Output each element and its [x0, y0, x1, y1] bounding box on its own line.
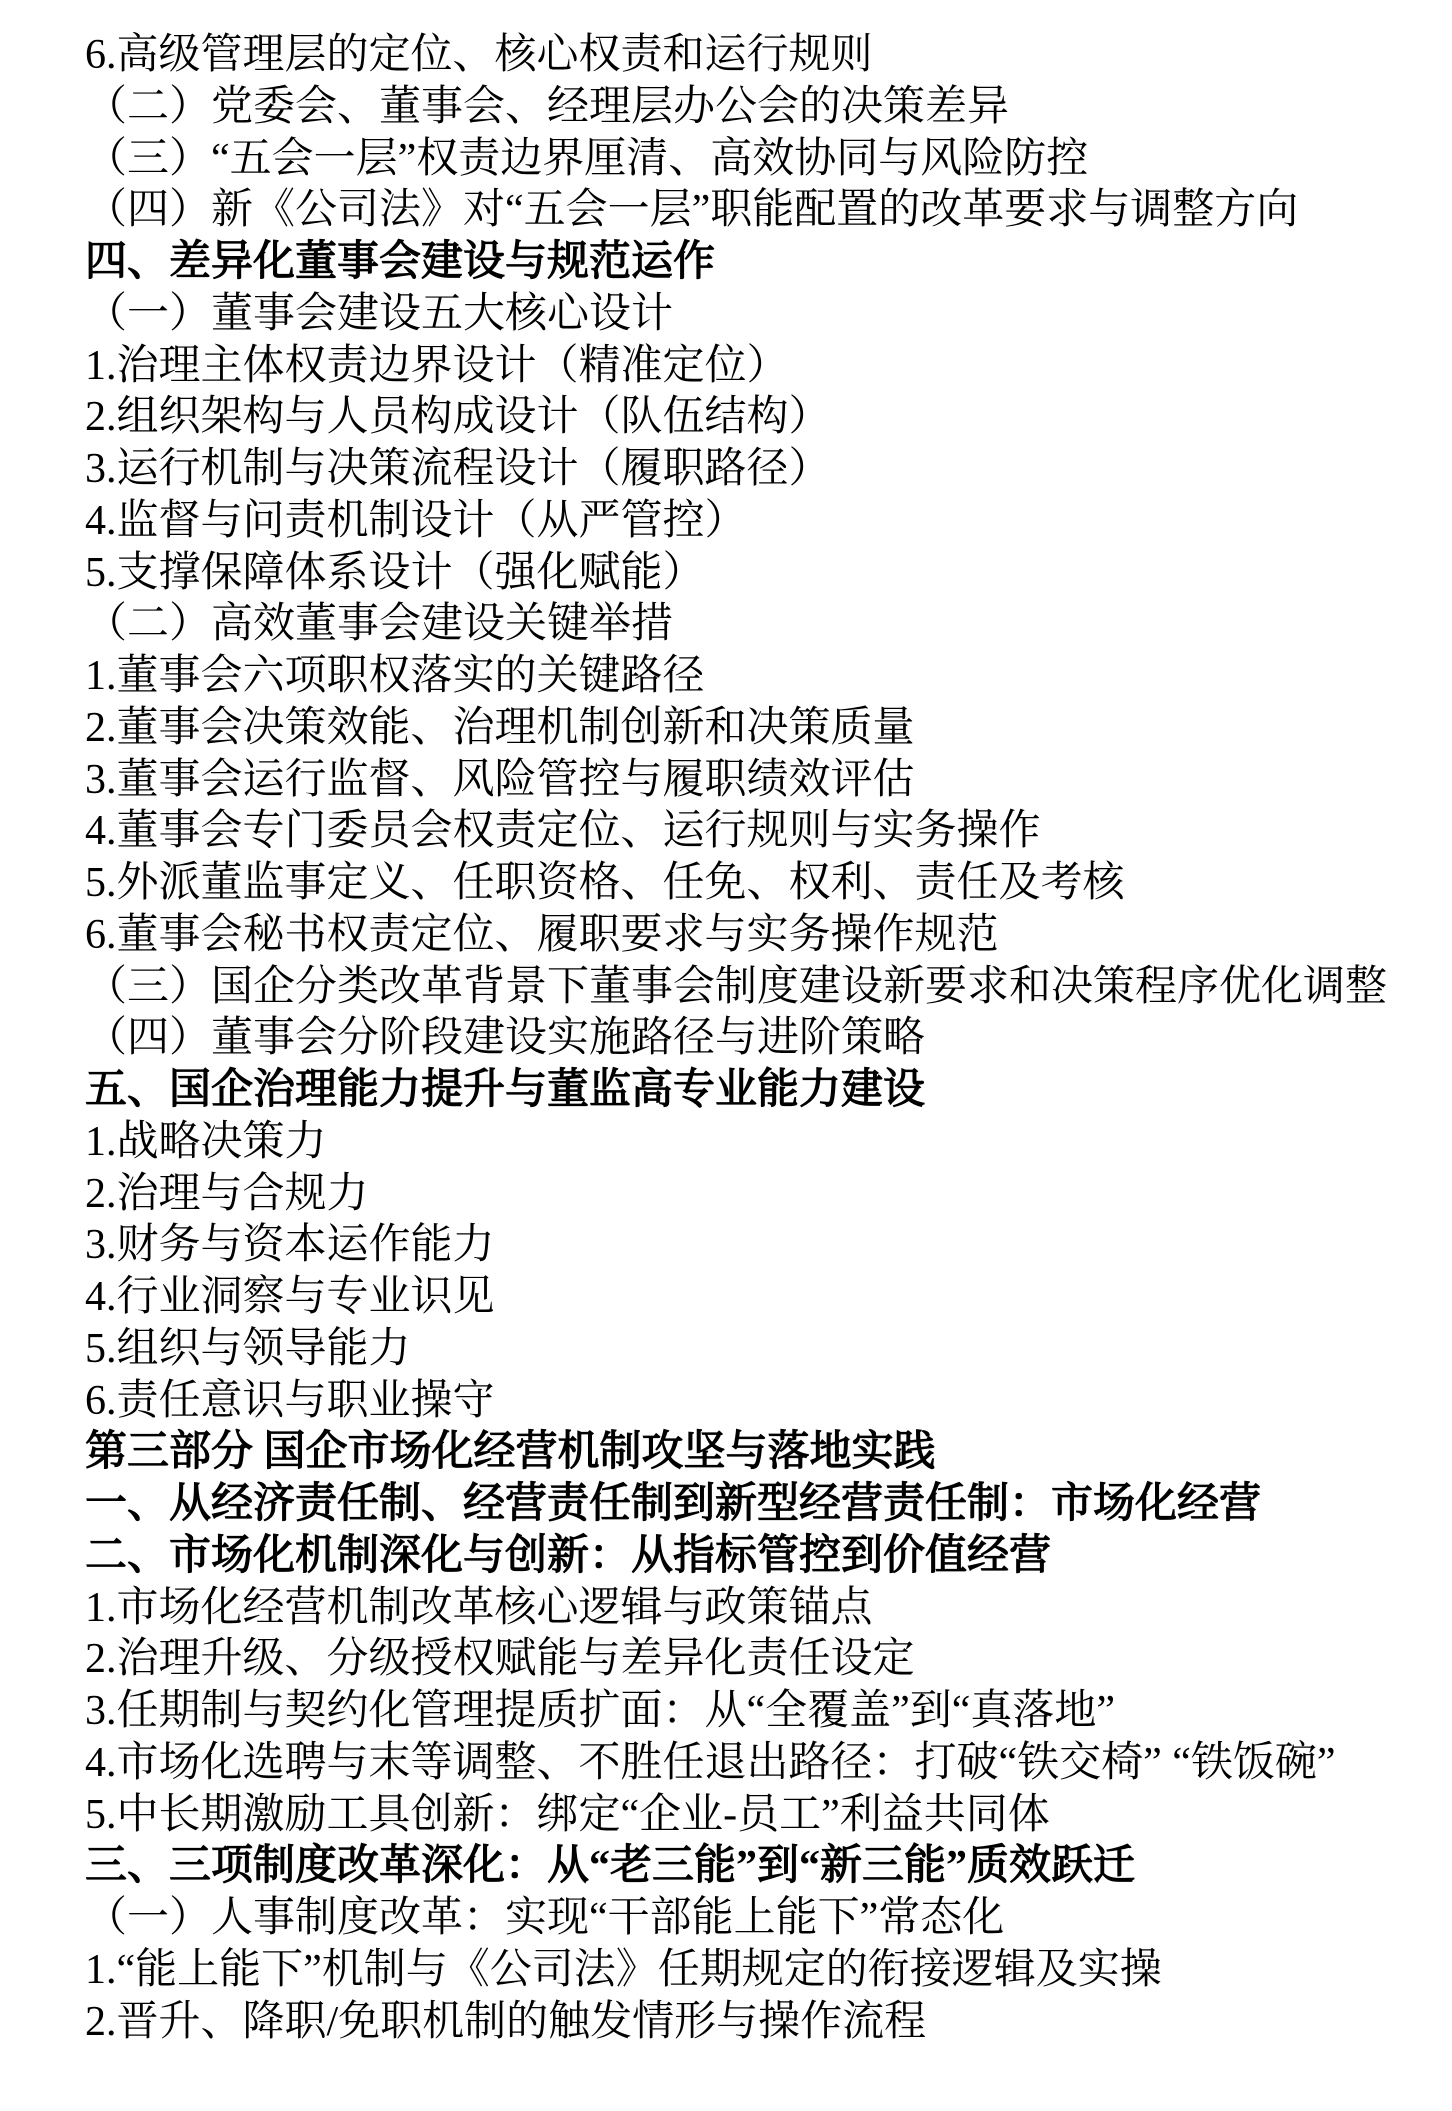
toc-line: （四）新《公司法》对“五会一层”职能配置的改革要求与调整方向	[85, 185, 1446, 237]
toc-line: 3.任期制与契约化管理提质扩面：从“全覆盖”到“真落地”	[85, 1686, 1446, 1738]
toc-line: 2.治理与合规力	[85, 1169, 1446, 1221]
toc-heading: 一、从经济责任制、经营责任制到新型经营责任制：市场化经营	[85, 1479, 1446, 1531]
toc-line: 2.治理升级、分级授权赋能与差异化责任设定	[85, 1634, 1446, 1686]
toc-line: （三）国企分类改革背景下董事会制度建设新要求和决策程序优化调整	[85, 962, 1446, 1014]
toc-line: 4.市场化选聘与末等调整、不胜任退出路径：打破“铁交椅” “铁饭碗”	[85, 1738, 1446, 1790]
toc-heading: 四、差异化董事会建设与规范运作	[85, 237, 1446, 289]
toc-line: （一）人事制度改革：实现“干部能上能下”常态化	[85, 1893, 1446, 1945]
toc-line: 3.财务与资本运作能力	[85, 1220, 1446, 1272]
toc-heading: 三、三项制度改革深化：从“老三能”到“新三能”质效跃迁	[85, 1841, 1446, 1893]
toc-line: 5.中长期激励工具创新：绑定“企业-员工”利益共同体	[85, 1790, 1446, 1842]
toc-line: 5.外派董监事定义、任职资格、任免、权利、责任及考核	[85, 858, 1446, 910]
toc-line: 4.监督与问责机制设计（从严管控）	[85, 496, 1446, 548]
toc-line: 1.“能上能下”机制与《公司法》任期规定的衔接逻辑及实操	[85, 1945, 1446, 1997]
toc-line: （三）“五会一层”权责边界厘清、高效协同与风险防控	[85, 134, 1446, 186]
toc-line: 6.董事会秘书权责定位、履职要求与实务操作规范	[85, 910, 1446, 962]
toc-heading: 二、市场化机制深化与创新：从指标管控到价值经营	[85, 1531, 1446, 1583]
toc-line: 2.晋升、降职/免职机制的触发情形与操作流程	[85, 1997, 1446, 2049]
toc-line: 5.支撑保障体系设计（强化赋能）	[85, 548, 1446, 600]
toc-line: 1.治理主体权责边界设计（精准定位）	[85, 341, 1446, 393]
toc-line: 2.组织架构与人员构成设计（队伍结构）	[85, 392, 1446, 444]
toc-line: 1.战略决策力	[85, 1117, 1446, 1169]
toc-line: 6.责任意识与职业操守	[85, 1376, 1446, 1428]
toc-line: 2.董事会决策效能、治理机制创新和决策质量	[85, 703, 1446, 755]
toc-heading: 五、国企治理能力提升与董监高专业能力建设	[85, 1065, 1446, 1117]
toc-heading: 第三部分 国企市场化经营机制攻坚与落地实践	[85, 1427, 1446, 1479]
toc-line: （二）党委会、董事会、经理层办公会的决策差异	[85, 82, 1446, 134]
toc-line: 4.董事会专门委员会权责定位、运行规则与实务操作	[85, 806, 1446, 858]
toc-line: 1.董事会六项职权落实的关键路径	[85, 651, 1446, 703]
toc-line: 6.高级管理层的定位、核心权责和运行规则	[85, 30, 1446, 82]
toc-line: 3.运行机制与决策流程设计（履职路径）	[85, 444, 1446, 496]
toc-line: （二）高效董事会建设关键举措	[85, 599, 1446, 651]
toc-line: （四）董事会分阶段建设实施路径与进阶策略	[85, 1013, 1446, 1065]
toc-list: 6.高级管理层的定位、核心权责和运行规则（二）党委会、董事会、经理层办公会的决策…	[85, 30, 1446, 2048]
toc-line: （一）董事会建设五大核心设计	[85, 289, 1446, 341]
toc-line: 4.行业洞察与专业识见	[85, 1272, 1446, 1324]
toc-line: 1.市场化经营机制改革核心逻辑与政策锚点	[85, 1583, 1446, 1635]
document-page: 6.高级管理层的定位、核心权责和运行规则（二）党委会、董事会、经理层办公会的决策…	[0, 0, 1452, 2111]
toc-line: 3.董事会运行监督、风险管控与履职绩效评估	[85, 755, 1446, 807]
toc-line: 5.组织与领导能力	[85, 1324, 1446, 1376]
